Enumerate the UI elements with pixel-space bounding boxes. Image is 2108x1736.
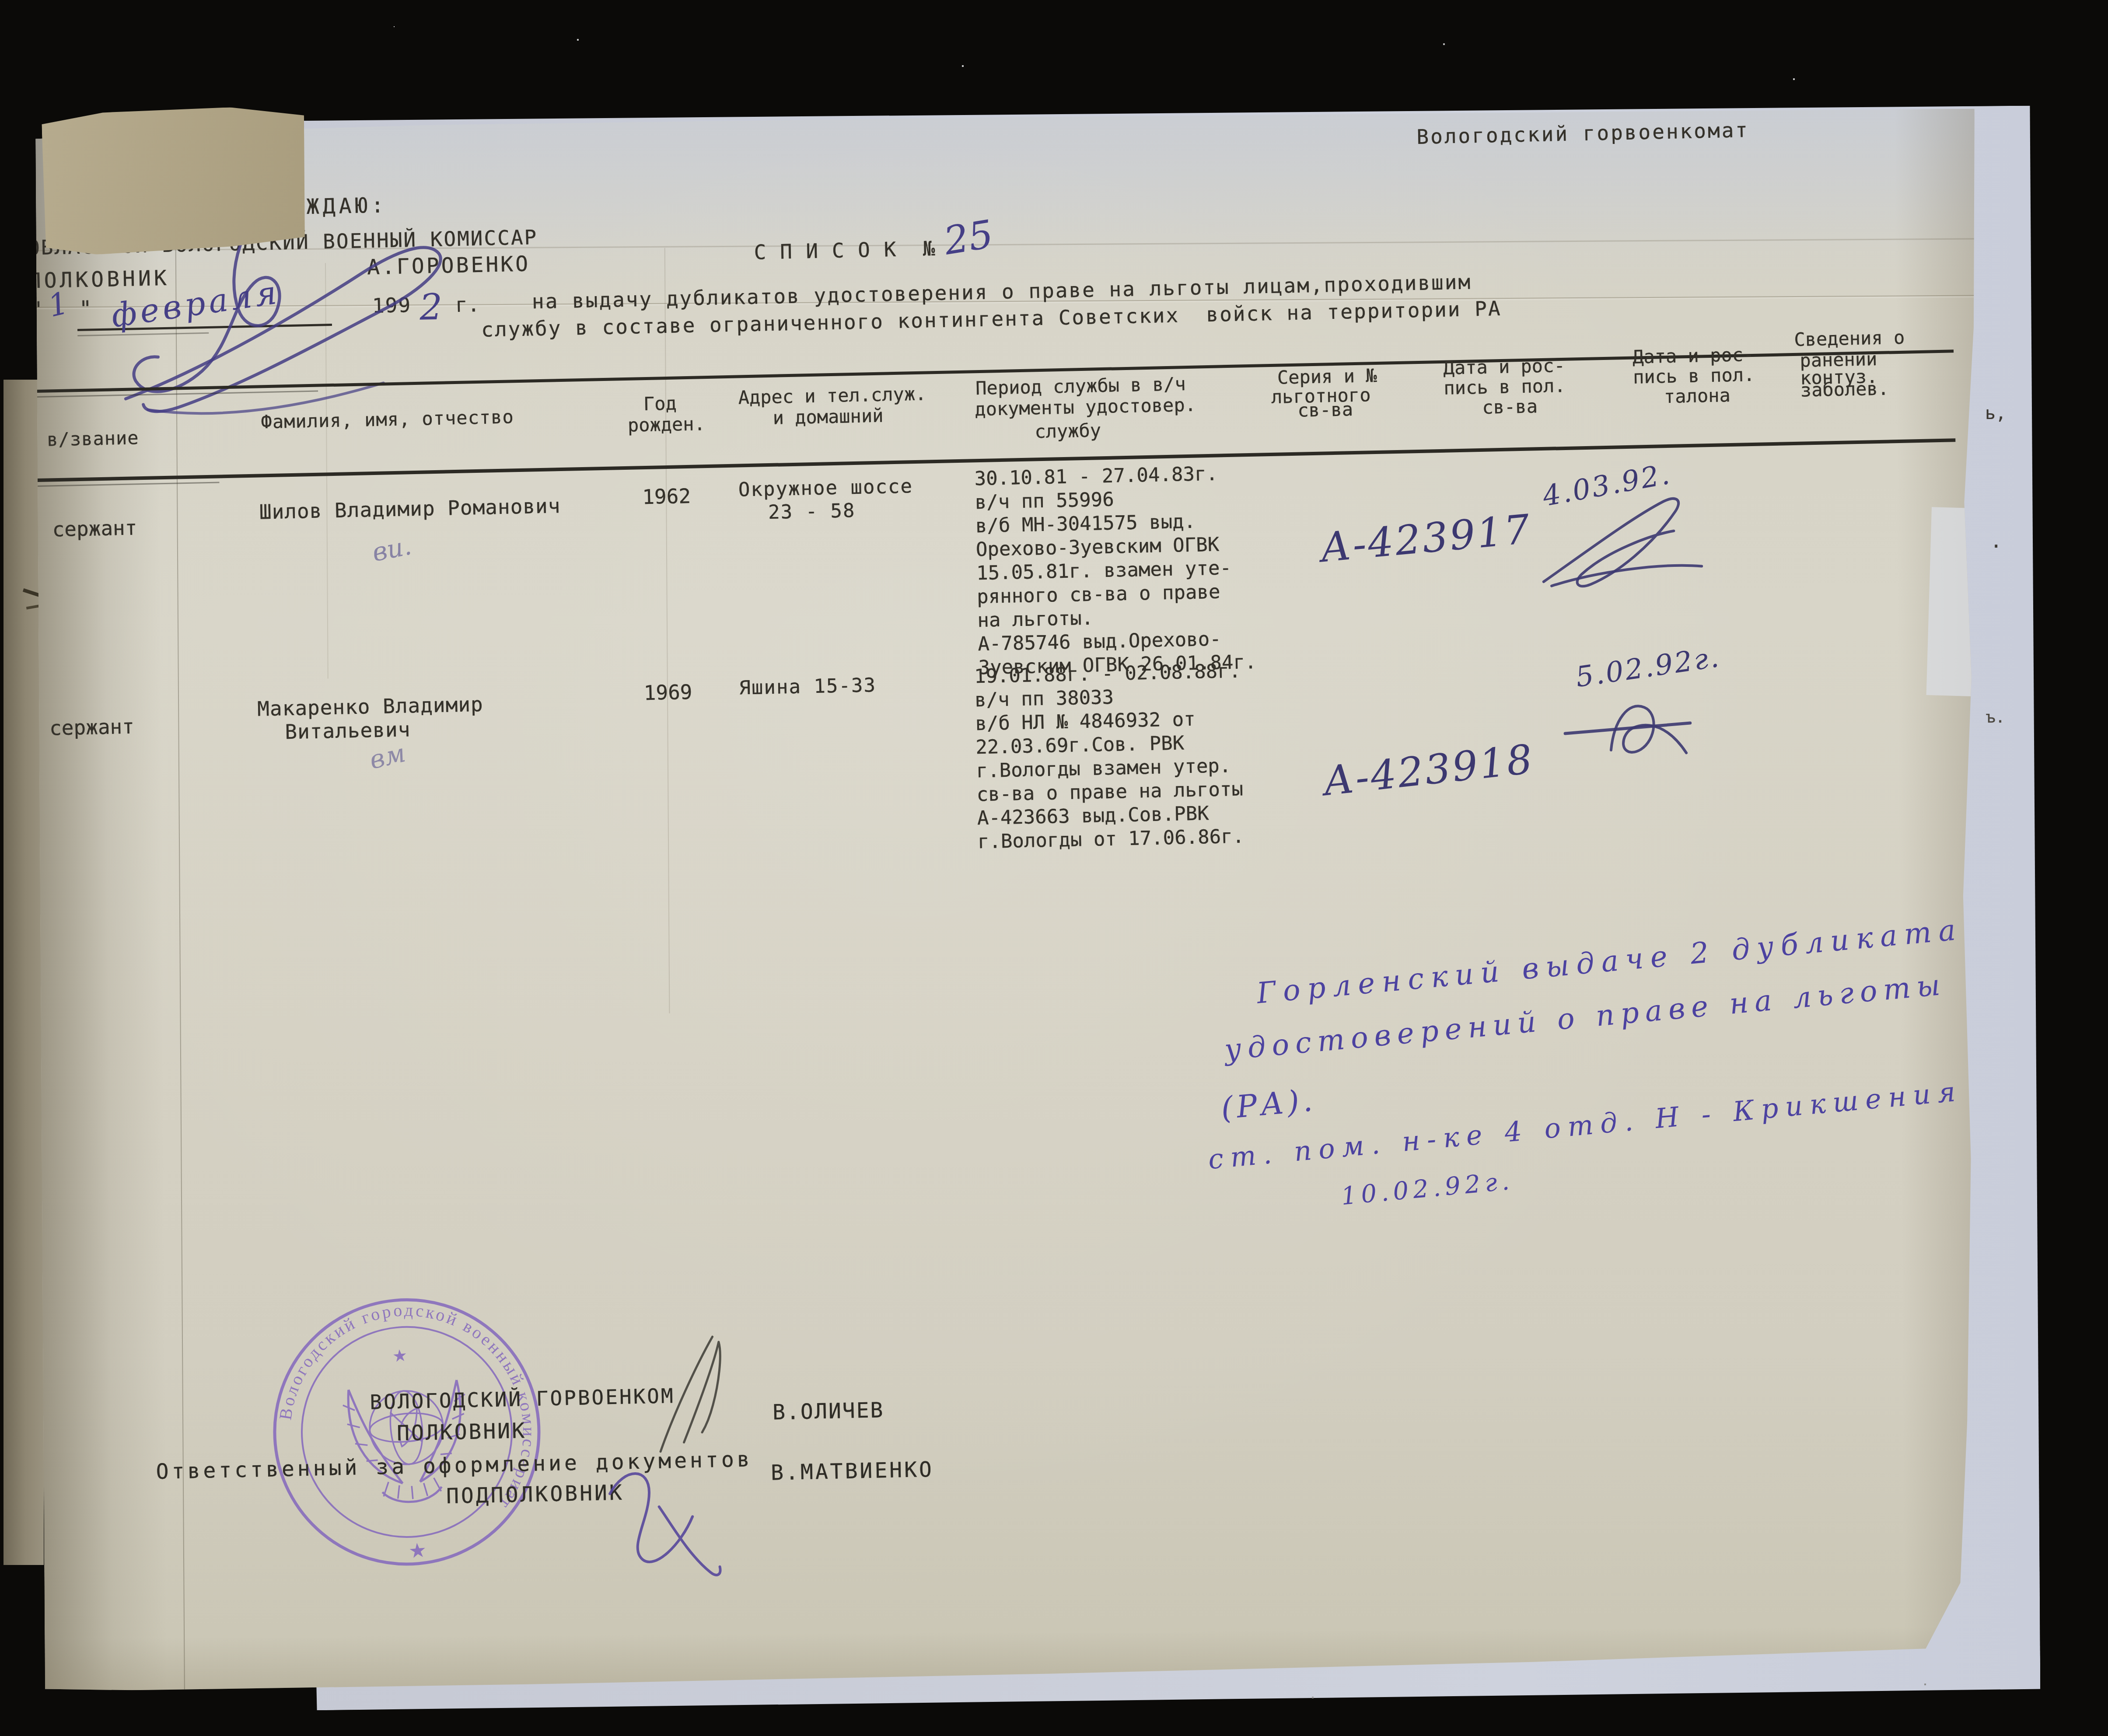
row-period-line: 22.03.69г.Сов. РВК xyxy=(975,732,1185,758)
hand-note-block: Горленский выдаче 2 дубликата удостовере… xyxy=(1167,894,2048,1320)
signoff-name1: В.ОЛИЧЕВ xyxy=(773,1398,884,1425)
row-period-line: Орехово-Зуевским ОГВК xyxy=(975,534,1219,561)
col-header-date1b: пись в пол. xyxy=(1444,375,1566,399)
row-period-line: А-423663 выд.Сов.РВК xyxy=(977,802,1209,829)
signoff-rank1: ПОЛКОВНИК xyxy=(396,1418,526,1446)
col-header-addr: Адрес и тел.служ. xyxy=(738,383,926,409)
col-header-series3: св-ва xyxy=(1297,398,1353,421)
book-spine-strip xyxy=(3,380,44,1565)
row-hand-initials: вм xyxy=(367,738,408,775)
row-name: Шилов Владимир Романович xyxy=(259,494,561,524)
row-period-line: св-ва о праве на льготы xyxy=(976,778,1243,806)
row-rank: сержант xyxy=(49,715,135,740)
col-header-year2: рожден. xyxy=(627,413,705,436)
col-header-period3: службу xyxy=(1035,419,1101,442)
edge-mark: ь, xyxy=(1985,403,2006,423)
lieutenant-colonel-signature xyxy=(593,1450,727,1583)
edge-mark: ъ. xyxy=(1986,709,2005,727)
row-birth-year: 1969 xyxy=(643,680,692,705)
hand-note-line: (РА). xyxy=(1220,1082,1318,1126)
table-rule-header-echo xyxy=(35,482,219,487)
row-period-line: на льготы. xyxy=(977,607,1094,632)
content-layer: Вологодский городской военный комиссариа… xyxy=(24,94,1996,1724)
col-header-rank: в/звание xyxy=(47,427,139,450)
hand-note-line: 10.02.92г. xyxy=(1340,1167,1515,1211)
edge-mark: . xyxy=(1990,530,2002,552)
row-signature xyxy=(1519,488,1709,597)
row-period-line: в/ч пп 55996 xyxy=(975,489,1114,514)
row-period-line: 30.10.81 - 27.04.83г. xyxy=(974,463,1218,490)
row-birth-year: 1962 xyxy=(642,484,691,509)
col-header-period2: документы удостовер. xyxy=(975,394,1196,420)
scan-scene: ь, . ъ. Вологодский городской военный ко… xyxy=(0,0,2108,1736)
svg-text:★: ★ xyxy=(392,1346,408,1366)
hand-note-line: ст. пом. н-ке 4 отд. Н - Крикшения xyxy=(1207,1075,1964,1176)
row-address: Яшина 15-33 xyxy=(739,674,876,699)
date-quote-open: " xyxy=(30,297,43,322)
col-header-year: Год xyxy=(643,392,677,415)
row-hand-initials: ви. xyxy=(370,531,414,567)
col-header-date2b: пись в пол. xyxy=(1633,364,1755,388)
paper-scrap xyxy=(42,106,307,255)
row-period-line: г.Вологды от 17.06.86г. xyxy=(977,825,1244,853)
signoff-name2: В.МАТВИЕНКО xyxy=(771,1457,934,1485)
dust-specks xyxy=(394,26,395,27)
org-name: Вологодский горвоенкомат xyxy=(1416,118,1750,149)
row-period-line: в/б МН-3041575 выд. xyxy=(975,510,1196,538)
row-rank: сержант xyxy=(52,516,137,541)
date-quote-close: " xyxy=(79,296,92,321)
row-address: Окружное шоссе xyxy=(738,475,913,501)
row-signature xyxy=(1554,681,1704,772)
row-period-line: г.Вологды взамен утер. xyxy=(976,754,1231,782)
col-header-info: Сведения о xyxy=(1794,327,1905,350)
row-period-line: 15.05.81г. взамен уте- xyxy=(976,557,1232,584)
colonel-signature xyxy=(630,1327,729,1460)
col-header-info4: заболев. xyxy=(1800,377,1889,401)
list-number-hand: 25 xyxy=(941,211,996,264)
row-address2: 23 - 58 xyxy=(768,499,856,524)
document-page: Вологодский городской военный комиссариа… xyxy=(35,108,1984,1709)
row-period-line: А-785746 выд.Орехово- xyxy=(978,628,1221,656)
col-header-addr2: и домашний xyxy=(773,405,884,429)
list-title: С П И С О К № xyxy=(754,237,936,264)
row-period-line: в/б НЛ № 4846932 от xyxy=(975,708,1196,735)
col-header-date2c: талона xyxy=(1664,384,1731,407)
row-period-line: рянного св-ва о праве xyxy=(977,581,1220,608)
row-period-line: в/ч пп 38033 xyxy=(975,686,1114,712)
stamp-star-icon: ★ xyxy=(408,1539,428,1563)
col-header-date1c: св-ва xyxy=(1482,395,1538,418)
row-series-hand: А-423917 xyxy=(1318,506,1534,571)
row-name: Макаренко Владимир xyxy=(257,692,484,721)
row-series-hand: А-423918 xyxy=(1321,736,1536,805)
